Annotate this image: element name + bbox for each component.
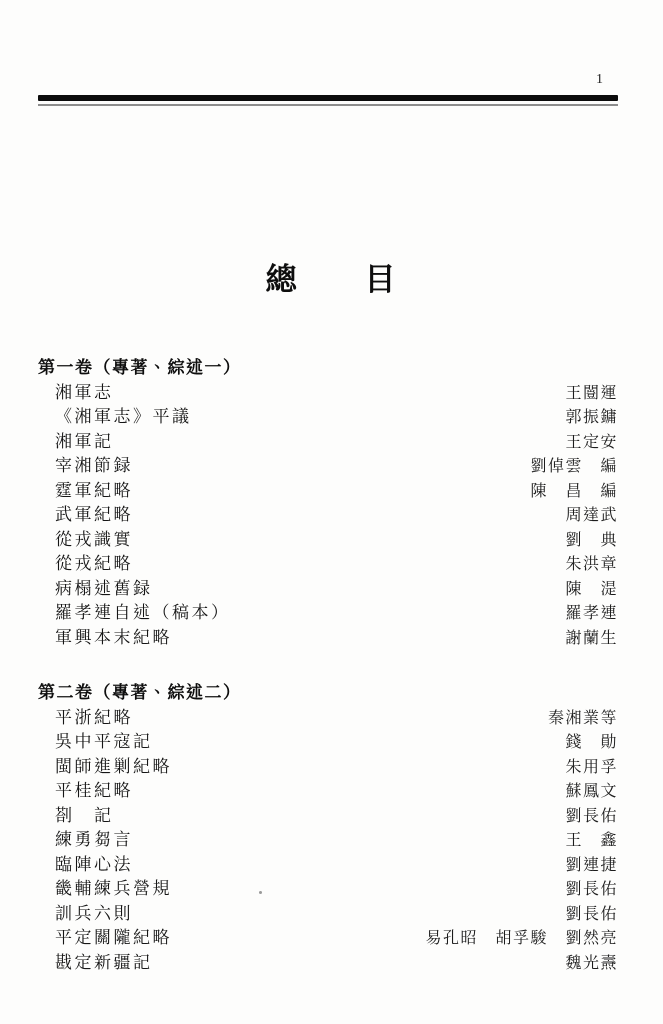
entry-author: 易孔昭 胡孚駿 劉然亮 xyxy=(425,927,618,952)
entry-title: 剳 記 xyxy=(38,804,114,829)
entry-author: 錢 勛 xyxy=(565,731,618,756)
toc-entry: 宰湘節録劉倬雲 編 xyxy=(38,454,618,479)
toc-entry: 病榻述舊録陳 湜 xyxy=(38,577,618,602)
scan-speck-artifact xyxy=(259,891,262,894)
toc-section: 第一卷（專著、綜述一）湘軍志王闓運《湘軍志》平議郭振鏞湘軍記王定安宰湘節録劉倬雲… xyxy=(38,356,618,650)
page-number: 1 xyxy=(596,72,603,88)
toc-entry: 從戎紀略朱洪章 xyxy=(38,552,618,577)
entry-title: 病榻述舊録 xyxy=(38,577,153,602)
entry-title: 湘軍志 xyxy=(38,381,114,406)
toc-entry: 戡定新疆記魏光燾 xyxy=(38,951,618,976)
entry-author: 劉 典 xyxy=(565,529,618,554)
entry-author: 陳 湜 xyxy=(565,578,618,603)
entry-author: 劉倬雲 編 xyxy=(530,455,618,480)
entry-author: 王闓運 xyxy=(565,382,618,407)
entry-title: 戡定新疆記 xyxy=(38,951,153,976)
entry-title: 湘軍記 xyxy=(38,430,114,455)
entry-title: 畿輔練兵營規 xyxy=(38,877,172,902)
entry-author: 魏光燾 xyxy=(565,952,618,977)
table-of-contents: 第一卷（專著、綜述一）湘軍志王闓運《湘軍志》平議郭振鏞湘軍記王定安宰湘節録劉倬雲… xyxy=(38,356,618,975)
entry-title: 羅孝連自述（稿本） xyxy=(38,601,231,626)
toc-entry: 《湘軍志》平議郭振鏞 xyxy=(38,405,618,430)
entry-title: 從戎紀略 xyxy=(38,552,133,577)
toc-entry: 湘軍志王闓運 xyxy=(38,381,618,406)
entry-title: 宰湘節録 xyxy=(38,454,133,479)
entry-title: 從戎識實 xyxy=(38,528,133,553)
entry-title: 訓兵六則 xyxy=(38,902,133,927)
entry-author: 劉長佑 xyxy=(565,903,618,928)
entry-author: 朱洪章 xyxy=(565,553,618,578)
entry-title: 練勇芻言 xyxy=(38,828,133,853)
entry-title: 武軍紀略 xyxy=(38,503,133,528)
toc-entry: 軍興本末紀略謝蘭生 xyxy=(38,626,618,651)
entry-title: 臨陣心法 xyxy=(38,853,133,878)
section-heading: 第二卷（專著、綜述二） xyxy=(38,681,618,706)
toc-entry: 吳中平寇記錢 勛 xyxy=(38,730,618,755)
entry-author: 郭振鏞 xyxy=(565,406,618,431)
toc-entry: 臨陣心法劉連捷 xyxy=(38,853,618,878)
entry-title: 平定關隴紀略 xyxy=(38,926,172,951)
toc-entry: 剳 記劉長佑 xyxy=(38,804,618,829)
entry-author: 蘇鳳文 xyxy=(565,780,618,805)
entry-title: 軍興本末紀略 xyxy=(38,626,172,651)
page-title: 總 目 xyxy=(0,260,663,300)
entry-title: 《湘軍志》平議 xyxy=(38,405,192,430)
toc-entry: 平浙紀略秦湘業等 xyxy=(38,706,618,731)
entry-author: 秦湘業等 xyxy=(548,707,618,732)
entry-author: 謝蘭生 xyxy=(565,627,618,652)
entry-author: 劉長佑 xyxy=(565,878,618,903)
section-heading: 第一卷（專著、綜述一） xyxy=(38,356,618,381)
entry-author: 劉長佑 xyxy=(565,805,618,830)
toc-section: 第二卷（專著、綜述二）平浙紀略秦湘業等吳中平寇記錢 勛閩師進剿紀略朱用孚平桂紀略… xyxy=(38,681,618,975)
toc-entry: 平定關隴紀略易孔昭 胡孚駿 劉然亮 xyxy=(38,926,618,951)
entry-author: 王 鑫 xyxy=(565,829,618,854)
entry-author: 周達武 xyxy=(565,504,618,529)
toc-entry: 閩師進剿紀略朱用孚 xyxy=(38,755,618,780)
entry-title: 平浙紀略 xyxy=(38,706,133,731)
toc-entry: 畿輔練兵營規劉長佑 xyxy=(38,877,618,902)
entry-author: 羅孝連 xyxy=(565,602,618,627)
header-rule xyxy=(38,95,618,106)
header-rule-thick xyxy=(38,95,618,101)
toc-entry: 訓兵六則劉長佑 xyxy=(38,902,618,927)
entry-title: 吳中平寇記 xyxy=(38,730,153,755)
entry-title: 平桂紀略 xyxy=(38,779,133,804)
toc-entry: 平桂紀略蘇鳳文 xyxy=(38,779,618,804)
toc-entry: 武軍紀略周達武 xyxy=(38,503,618,528)
header-rule-thin xyxy=(38,104,618,106)
entry-title: 霆軍紀略 xyxy=(38,479,133,504)
entry-title: 閩師進剿紀略 xyxy=(38,755,172,780)
toc-entry: 羅孝連自述（稿本）羅孝連 xyxy=(38,601,618,626)
entry-author: 陳 昌 編 xyxy=(530,480,618,505)
entry-author: 劉連捷 xyxy=(565,854,618,879)
toc-entry: 湘軍記王定安 xyxy=(38,430,618,455)
toc-entry: 練勇芻言王 鑫 xyxy=(38,828,618,853)
toc-entry: 從戎識實劉 典 xyxy=(38,528,618,553)
entry-author: 朱用孚 xyxy=(565,756,618,781)
toc-entry: 霆軍紀略陳 昌 編 xyxy=(38,479,618,504)
scanned-book-page: 1 總 目 第一卷（專著、綜述一）湘軍志王闓運《湘軍志》平議郭振鏞湘軍記王定安宰… xyxy=(0,0,663,1024)
entry-author: 王定安 xyxy=(565,431,618,456)
